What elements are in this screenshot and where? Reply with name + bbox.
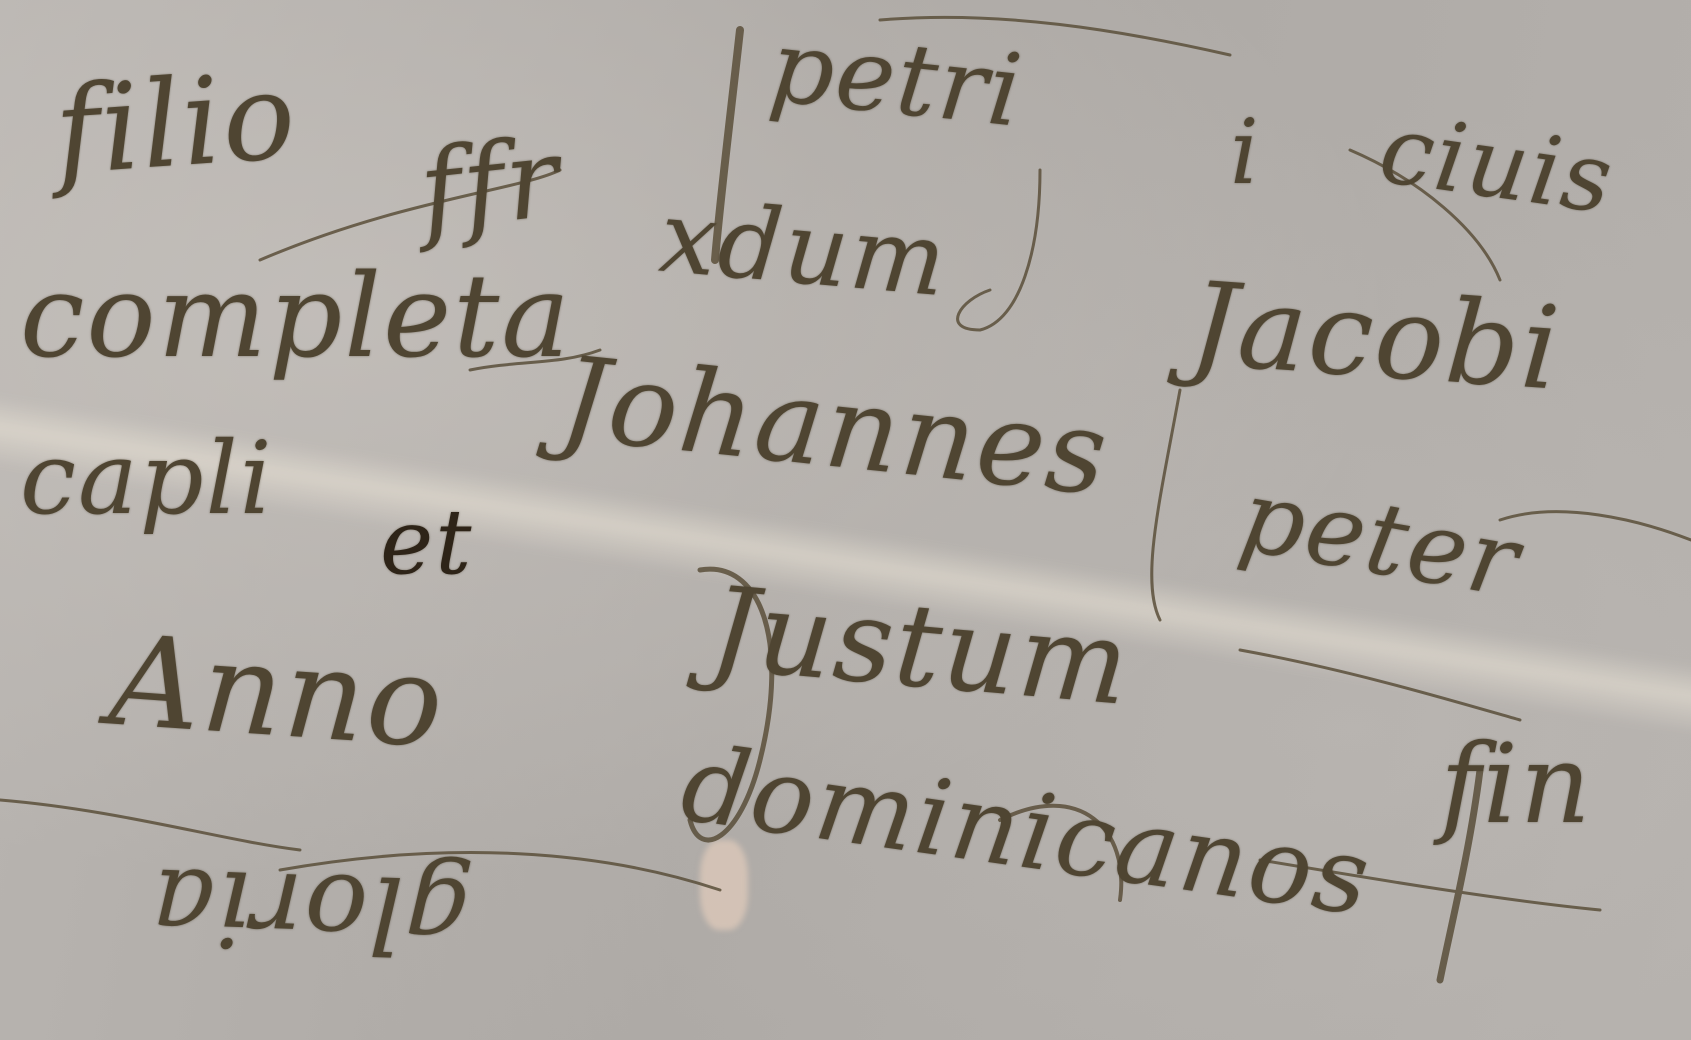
word-filio: filio [50,47,301,203]
manuscript-photo: filio ffr petri i ciuis completa xdum Ja… [0,0,1691,1040]
word-fin: fin [1440,720,1593,848]
word-gloria: gloria [148,844,474,977]
word-anno: Anno [105,609,449,777]
word-jacobi: Jacobi [1186,257,1565,417]
word-capli: capli [20,420,274,537]
word-ffr: ffr [414,113,567,255]
word-xdum: xdum [655,178,952,320]
word-et: et [380,490,473,595]
word-completa: completa [20,250,572,384]
word-i: i [1230,100,1261,205]
